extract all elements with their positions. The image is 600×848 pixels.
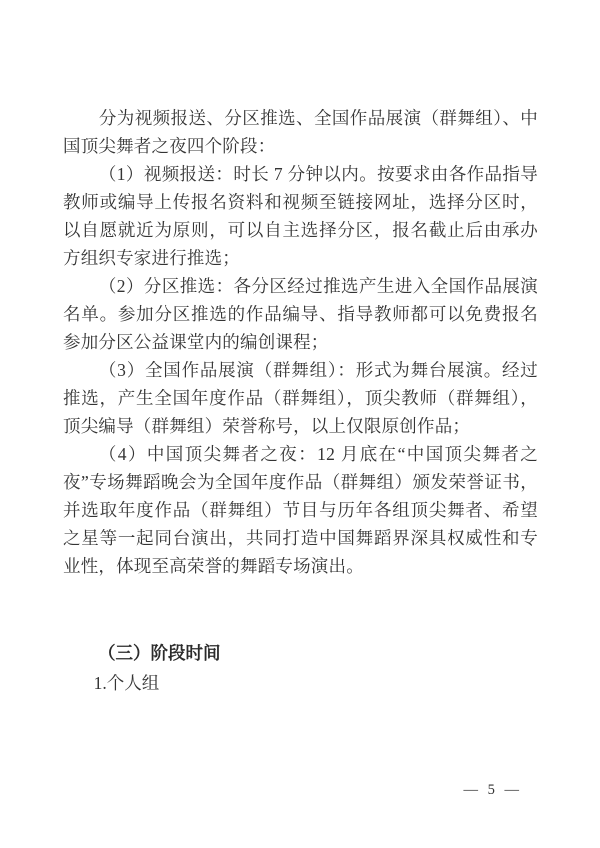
- body-paragraph: （4）中国顶尖舞者之夜：12 月底在“中国顶尖舞者之夜”专场舞蹈晚会为全国年度作…: [63, 440, 538, 580]
- page-number: — 5 —: [464, 782, 523, 799]
- section-heading: （三）阶段时间: [63, 638, 538, 668]
- body-paragraph: （1）视频报送：时长 7 分钟以内。按要求由各作品指导教师或编导上传报名资料和视…: [63, 160, 538, 272]
- body-paragraph: 分为视频报送、分区推选、全国作品展演（群舞组）、中国顶尖舞者之夜四个阶段：: [63, 104, 538, 160]
- document-page: 分为视频报送、分区推选、全国作品展演（群舞组）、中国顶尖舞者之夜四个阶段： （1…: [0, 0, 600, 848]
- document-body: 分为视频报送、分区推选、全国作品展演（群舞组）、中国顶尖舞者之夜四个阶段： （1…: [63, 104, 538, 698]
- list-item: 1.个人组: [63, 668, 538, 698]
- body-paragraph: （3）全国作品展演（群舞组）：形式为舞台展演。经过推选，产生全国年度作品（群舞组…: [63, 356, 538, 440]
- body-paragraph: （2）分区推选：各分区经过推选产生进入全国作品展演名单。参加分区推选的作品编导、…: [63, 272, 538, 356]
